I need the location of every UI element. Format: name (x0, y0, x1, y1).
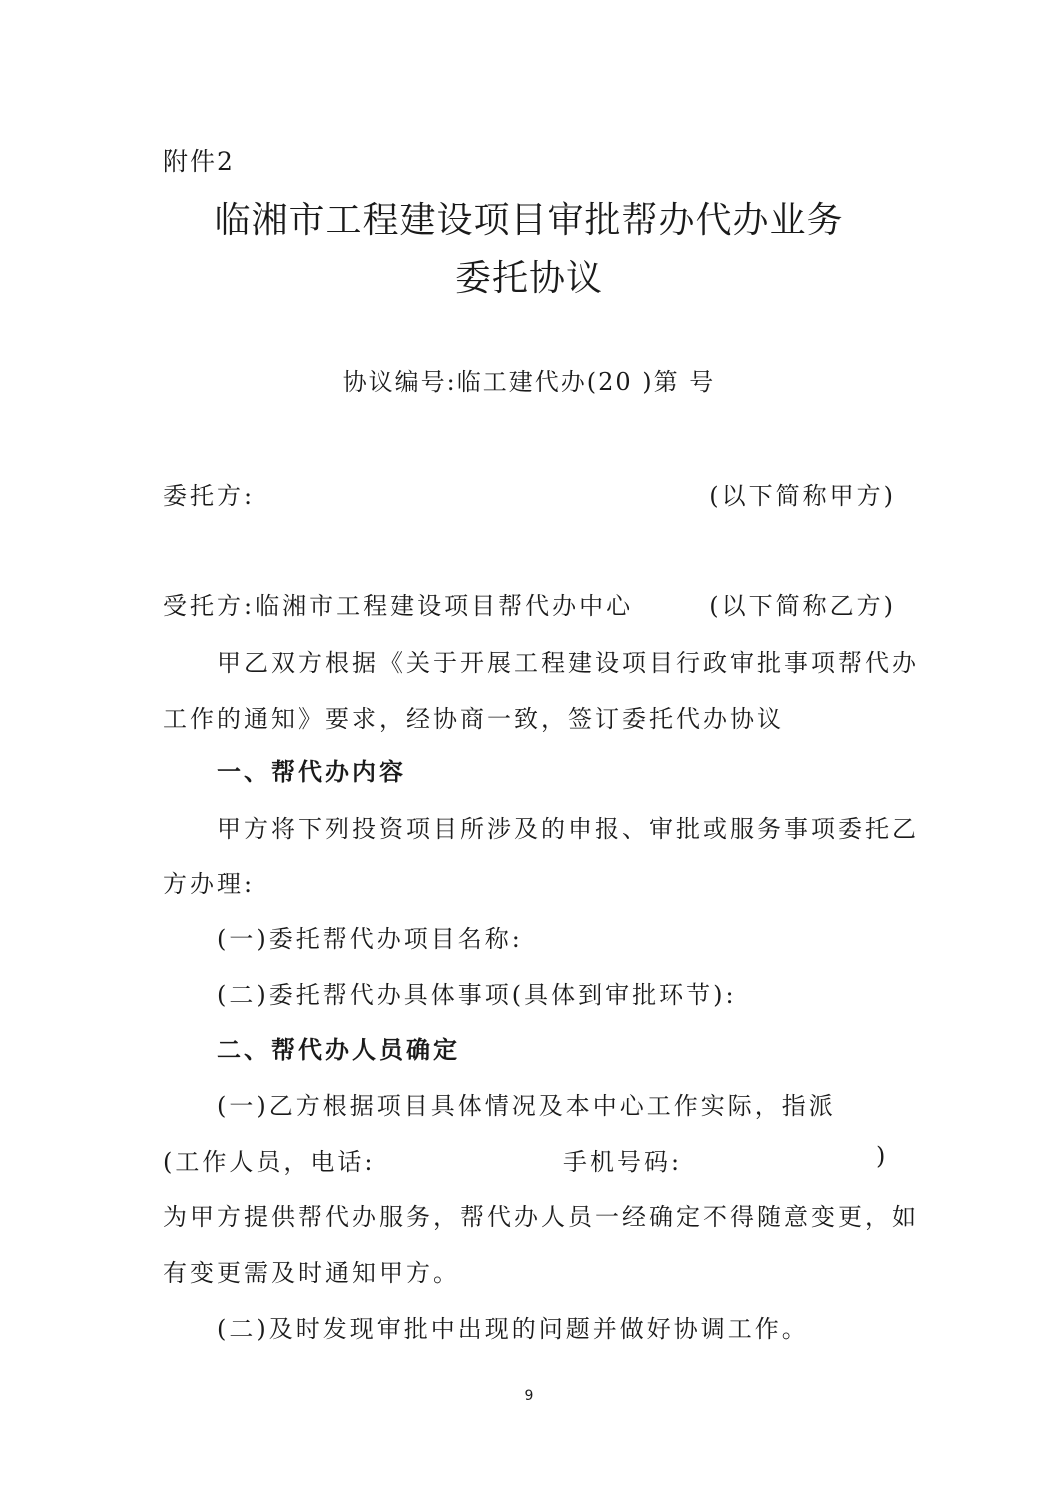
section1-heading: 一、帮代办内容 (217, 752, 406, 787)
section2-heading: 二、帮代办人员确定 (217, 1030, 460, 1065)
section2-item1-line2-a: (工作人员，电话: (163, 1142, 375, 1177)
agent-note: (以下简称乙方) (709, 586, 896, 621)
section2-item1-line2-b: 手机号码: (563, 1142, 682, 1177)
section1-para-line1: 甲方将下列投资项目所涉及的申报、审批或服务事项委托乙 (217, 809, 919, 844)
section2-item1-line2-c: ) (876, 1142, 888, 1170)
section2-item1-line4: 有变更需及时通知甲方。 (163, 1253, 460, 1288)
section2-item1-line3: 为甲方提供帮代办服务，帮代办人员一经确定不得随意变更，如 (163, 1197, 919, 1232)
document-title-line2: 委托协议 (0, 250, 1058, 301)
agent-label: 受托方:临湘市工程建设项目帮代办中心 (163, 586, 633, 621)
section2-item1-line1: (一)乙方根据项目具体情况及本中心工作实际，指派 (217, 1086, 836, 1121)
section1-para-line2: 方办理: (163, 864, 255, 899)
attachment-label: 附件2 (163, 142, 235, 178)
section1-item1: (一)委托帮代办项目名称: (217, 919, 523, 954)
principal-label: 委托方: (163, 476, 255, 511)
section1-item2: (二)委托帮代办具体事项(具体到审批环节): (217, 975, 737, 1010)
page-number: 9 (0, 1388, 1058, 1404)
intro-line1: 甲乙双方根据《关于开展工程建设项目行政审批事项帮代办 (217, 643, 919, 678)
section2-item2: (二)及时发现审批中出现的问题并做好协调工作。 (217, 1309, 809, 1344)
intro-line2: 工作的通知》要求，经协商一致，签订委托代办协议 (163, 699, 784, 734)
document-title-line1: 临湘市工程建设项目审批帮办代办业务 (0, 192, 1058, 243)
agreement-number: 协议编号:临工建代办(20 )第 号 (0, 362, 1058, 397)
principal-note: (以下简称甲方) (709, 476, 896, 511)
